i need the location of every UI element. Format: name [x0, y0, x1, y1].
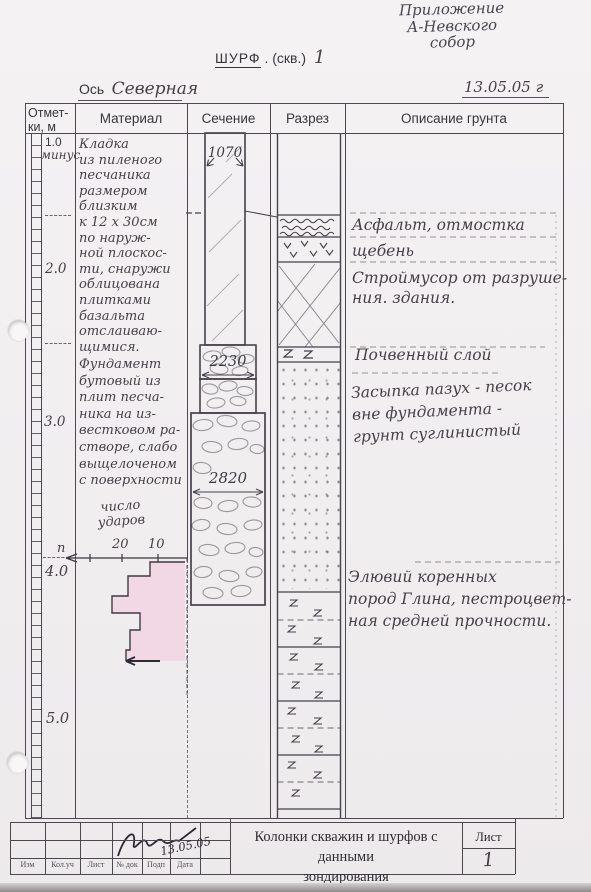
sheet-title-number: 1 — [314, 47, 325, 68]
axis-underline — [78, 100, 182, 101]
sheet-title: ШУРФ . (скв.) 1 — [215, 47, 325, 68]
corner-note: Приложение А-Невского собор — [371, 0, 532, 53]
date-note: 13.05.05 г — [462, 78, 549, 98]
desc-backfill: Засыпка пазух - песок вне фундамента - г… — [351, 374, 534, 448]
desc-soil: Почвенный слой — [355, 346, 492, 364]
sheet-title-sep: . (скв.) — [264, 50, 306, 66]
doc-title: Колонки скважин и шурфов с данными зонди… — [232, 827, 460, 887]
wall-drawing — [186, 133, 277, 345]
axis-label: Ось — [79, 81, 104, 97]
stamp-top-line — [10, 822, 515, 823]
depth-dash-3 — [43, 557, 69, 558]
table-left-line — [25, 103, 26, 818]
header-profile: Разрез — [270, 111, 345, 126]
sheet-title-main: ШУРФ — [215, 50, 261, 68]
stamp-cell-list: Лист — [80, 860, 112, 869]
col-line-section — [270, 103, 271, 818]
dim-step1: 2230 — [203, 354, 253, 370]
stamp-cell-koluch: Кол.уч — [45, 860, 80, 869]
depth-4: 4.0 — [45, 564, 68, 580]
scanned-page: Отмет- ки, м Материал Сечение Разрез Опи… — [0, 0, 591, 892]
depth-5: 5.0 — [46, 711, 69, 727]
punch-hole-bottom — [7, 752, 28, 773]
penetration-axis-letter: n — [57, 541, 65, 556]
depth-3: 3.0 — [44, 414, 65, 430]
axis-value: Северная — [112, 79, 199, 99]
header-marks: Отмет- ки, м — [28, 106, 68, 134]
stamp-cell-ndok: № док — [112, 860, 142, 869]
penetration-graph — [66, 554, 187, 698]
depth-1: 1.0 — [45, 135, 62, 149]
desc-asphalt: Асфальт, отмостка — [352, 216, 525, 234]
header-section: Сечение — [187, 111, 270, 126]
col-line-material-dashed — [187, 560, 188, 818]
stamp-cell-izm: Изм — [10, 860, 45, 869]
dim-wall: 1070 — [206, 145, 244, 161]
header-material: Материал — [75, 111, 187, 126]
col-line-material — [187, 103, 188, 560]
table-right-line — [563, 103, 564, 818]
col-line-marks — [75, 103, 76, 818]
header-bottom-line — [25, 133, 563, 134]
stamp-cell-podp: Подп — [142, 860, 170, 869]
sand-texture — [278, 363, 340, 589]
col-line-profile — [345, 103, 346, 818]
material-foundation-text: Фундамент бутовый из плит песча- ника на… — [79, 357, 189, 490]
sheet-label: Лист — [462, 830, 515, 845]
penetration-label: число ударов — [85, 498, 157, 532]
dim-step2: 2820 — [199, 469, 257, 487]
depth-dash-1 — [45, 215, 71, 216]
stamp-cell-data: Дата — [170, 860, 200, 869]
depth-1-minus: минус — [41, 148, 80, 162]
desc-gravel: щебень — [352, 242, 414, 260]
desc-eluvium: Элювий коренных пород Глина, пестроцвет-… — [348, 566, 571, 632]
table-bottom-line — [25, 818, 563, 819]
scan-bottom-shadow — [0, 883, 591, 892]
punch-hole-top — [8, 320, 29, 341]
penetration-tick-10: 10 — [148, 537, 165, 552]
material-masonry-text: Кладка из пиленого песчаника размером бл… — [79, 137, 187, 355]
table-top-line — [25, 103, 563, 104]
stamp-v7 — [230, 818, 231, 874]
header-description: Описание грунта — [345, 111, 563, 126]
depth-dash-2 — [45, 343, 71, 344]
axis-row: Ось Северная — [79, 79, 198, 99]
sheet-number: 1 — [461, 847, 515, 873]
stamp-mid-line-2 — [10, 858, 230, 859]
penetration-tick-20: 20 — [112, 537, 129, 552]
depth-2: 2.0 — [45, 261, 66, 277]
depth-ruler — [31, 133, 42, 818]
desc-debris: Строймусор от разруше- ния. здания. — [352, 268, 567, 308]
